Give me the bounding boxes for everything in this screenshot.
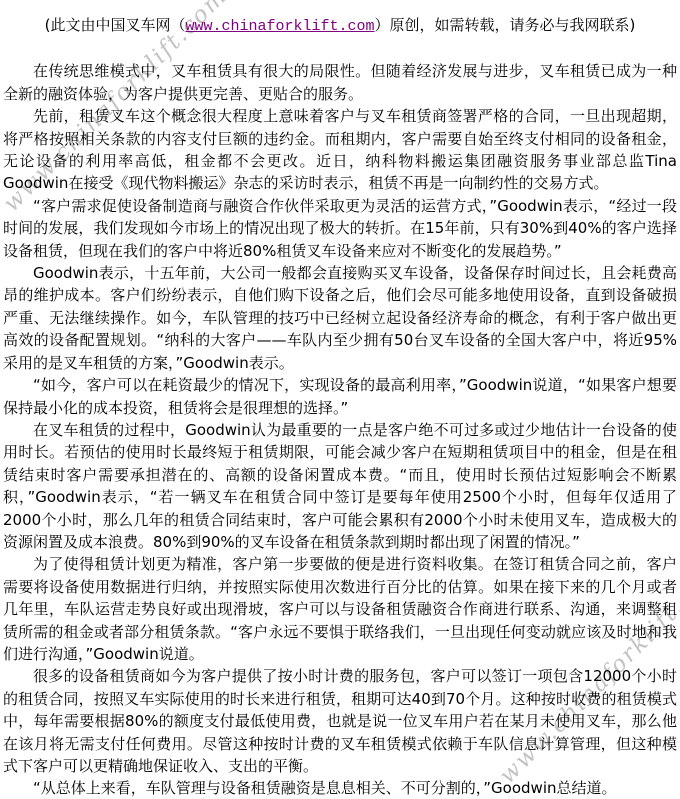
paragraph: 为了使得租赁计划更为精准，客户第一步要做的便是进行资料收集。在签订租赁合同之前，…	[3, 553, 677, 665]
paragraph: 在叉车租赁的过程中，Goodwin认为最重要的一点是客户绝不可过多或过少地估计一…	[3, 419, 677, 553]
source-link[interactable]: www.chinaforklift.com	[185, 18, 374, 35]
paragraph: 先前，租赁叉车这个概念很大程度上意味着客户与叉车租赁商签署严格的合同，一旦出现超…	[3, 105, 677, 195]
paragraph: 很多的设备租赁商如今为客户提供了按小时计费的服务包，客户可以签订一项包含1200…	[3, 665, 677, 777]
source-attribution: (此文由中国叉车网（www.chinaforklift.com）原创，如需转载，…	[0, 14, 680, 38]
article-content: 在传统思维模式中，叉车租赁具有很大的局限性。但随着经济发展与进步，叉车租赁已成为…	[0, 60, 680, 799]
paragraph: “如今，客户可以在耗资最少的情况下，实现设备的最高利用率，”Goodwin说道，…	[3, 374, 677, 419]
paragraph: “从总体上来看，车队管理与设备租赁融资是息息相关、不可分割的，”Goodwin总…	[3, 777, 677, 799]
attribution-suffix: ）原创，如需转载，请务必与我网联系)	[375, 16, 636, 34]
article-page: www.chinaforklift.com www.chinaforklift.…	[0, 0, 680, 799]
paragraph: Goodwin表示，十五年前，大公司一般都会直接购买叉车设备，设备保存时间过长，…	[3, 262, 677, 374]
paragraph: 在传统思维模式中，叉车租赁具有很大的局限性。但随着经济发展与进步，叉车租赁已成为…	[3, 60, 677, 105]
attribution-prefix: (此文由中国叉车网（	[45, 16, 186, 34]
paragraph: “客户需求促使设备制造商与融资合作伙伴采取更为灵活的运营方式，”Goodwin表…	[3, 195, 677, 262]
